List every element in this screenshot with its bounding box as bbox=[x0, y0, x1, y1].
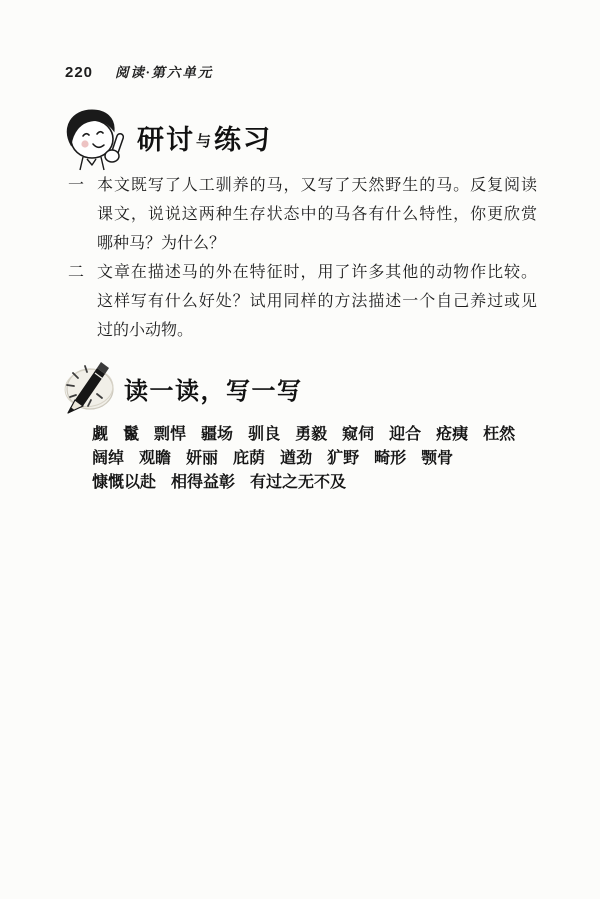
question-1: 一 本文既写了人工驯养的马，又写了天然野生的马。反复阅读课文，说说这两种生存状态… bbox=[68, 171, 538, 258]
section-title-discussion: 研讨与练习 bbox=[137, 118, 272, 157]
vocab-word: 庇荫 bbox=[233, 450, 265, 467]
question-line: 文章在描述马的外在特征时，用了许多其他的动物作比较。 bbox=[97, 258, 537, 287]
question-2-number: 二 bbox=[68, 258, 84, 287]
child-pointing-icon bbox=[56, 104, 134, 174]
vocab-word: 妍丽 bbox=[186, 450, 218, 467]
question-1-number: 一 bbox=[68, 171, 84, 200]
question-1-text: 本文既写了人工驯养的马，又写了天然野生的马。反复阅读课文，说说这两种生存状态中的… bbox=[97, 171, 537, 258]
pencil-icon bbox=[58, 354, 122, 422]
vocab-word: 勇毅 bbox=[295, 426, 327, 443]
vocab-word: 阔绰 bbox=[92, 450, 124, 467]
unit-label: 阅读·第六单元 bbox=[115, 61, 213, 81]
vocab-row-3: 慷慨以赴相得益彰有过之无不及 bbox=[92, 471, 562, 495]
title-conjunction: 与 bbox=[196, 133, 213, 150]
vocab-word: 畸形 bbox=[374, 450, 406, 467]
vocab-word: 观瞻 bbox=[139, 450, 171, 467]
vocab-word: 犷野 bbox=[327, 450, 359, 467]
vocab-word: 颚骨 bbox=[421, 450, 453, 467]
vocab-word: 有过之无不及 bbox=[250, 474, 346, 491]
page-number: 220 bbox=[65, 64, 93, 81]
vocab-word: 疆场 bbox=[201, 426, 233, 443]
vocab-word: 疮痍 bbox=[436, 426, 468, 443]
vocab-word: 窥伺 bbox=[342, 426, 374, 443]
section-title-read-write: 读一读，写一写 bbox=[124, 371, 303, 406]
question-line: 课文，说说这两种生存状态中的马各有什么特性，你更欣赏 bbox=[97, 200, 537, 229]
vocab-row-1: 觑鬣剽悍疆场驯良勇毅窥伺迎合疮痍枉然 bbox=[92, 423, 562, 447]
vocab-word: 剽悍 bbox=[154, 426, 186, 443]
vocab-word: 相得益彰 bbox=[171, 474, 235, 491]
question-line: 哪种马？为什么？ bbox=[97, 229, 537, 258]
question-2-text: 文章在描述马的外在特征时，用了许多其他的动物作比较。这样写有什么好处？试用同样的… bbox=[97, 258, 537, 345]
question-list: 一 本文既写了人工驯养的马，又写了天然野生的马。反复阅读课文，说说这两种生存状态… bbox=[68, 171, 538, 345]
question-line: 过的小动物。 bbox=[97, 316, 537, 345]
vocab-word: 鬣 bbox=[123, 426, 139, 443]
vocab-row-2: 阔绰观瞻妍丽庇荫遒劲犷野畸形颚骨 bbox=[92, 447, 562, 471]
vocabulary-list: 觑鬣剽悍疆场驯良勇毅窥伺迎合疮痍枉然 阔绰观瞻妍丽庇荫遒劲犷野畸形颚骨 慷慨以赴… bbox=[92, 423, 562, 495]
vocab-word: 遒劲 bbox=[280, 450, 312, 467]
title-part1: 研讨 bbox=[137, 125, 195, 155]
title-part2: 练习 bbox=[214, 125, 272, 155]
vocab-word: 慷慨以赴 bbox=[92, 474, 156, 491]
question-2: 二 文章在描述马的外在特征时，用了许多其他的动物作比较。这样写有什么好处？试用同… bbox=[68, 258, 538, 345]
question-line: 这样写有什么好处？试用同样的方法描述一个自己养过或见 bbox=[97, 287, 537, 316]
vocab-word: 迎合 bbox=[389, 426, 421, 443]
vocab-word: 驯良 bbox=[248, 426, 280, 443]
question-line: 本文既写了人工驯养的马，又写了天然野生的马。反复阅读 bbox=[97, 171, 537, 200]
vocab-word: 枉然 bbox=[483, 426, 515, 443]
page-header: 220 阅读·第六单元 bbox=[65, 61, 213, 81]
vocab-word: 觑 bbox=[92, 426, 108, 443]
textbook-page: 220 阅读·第六单元 研讨与练习 一 本文既写了人工驯养的马，又写了天然野生的… bbox=[0, 0, 600, 899]
